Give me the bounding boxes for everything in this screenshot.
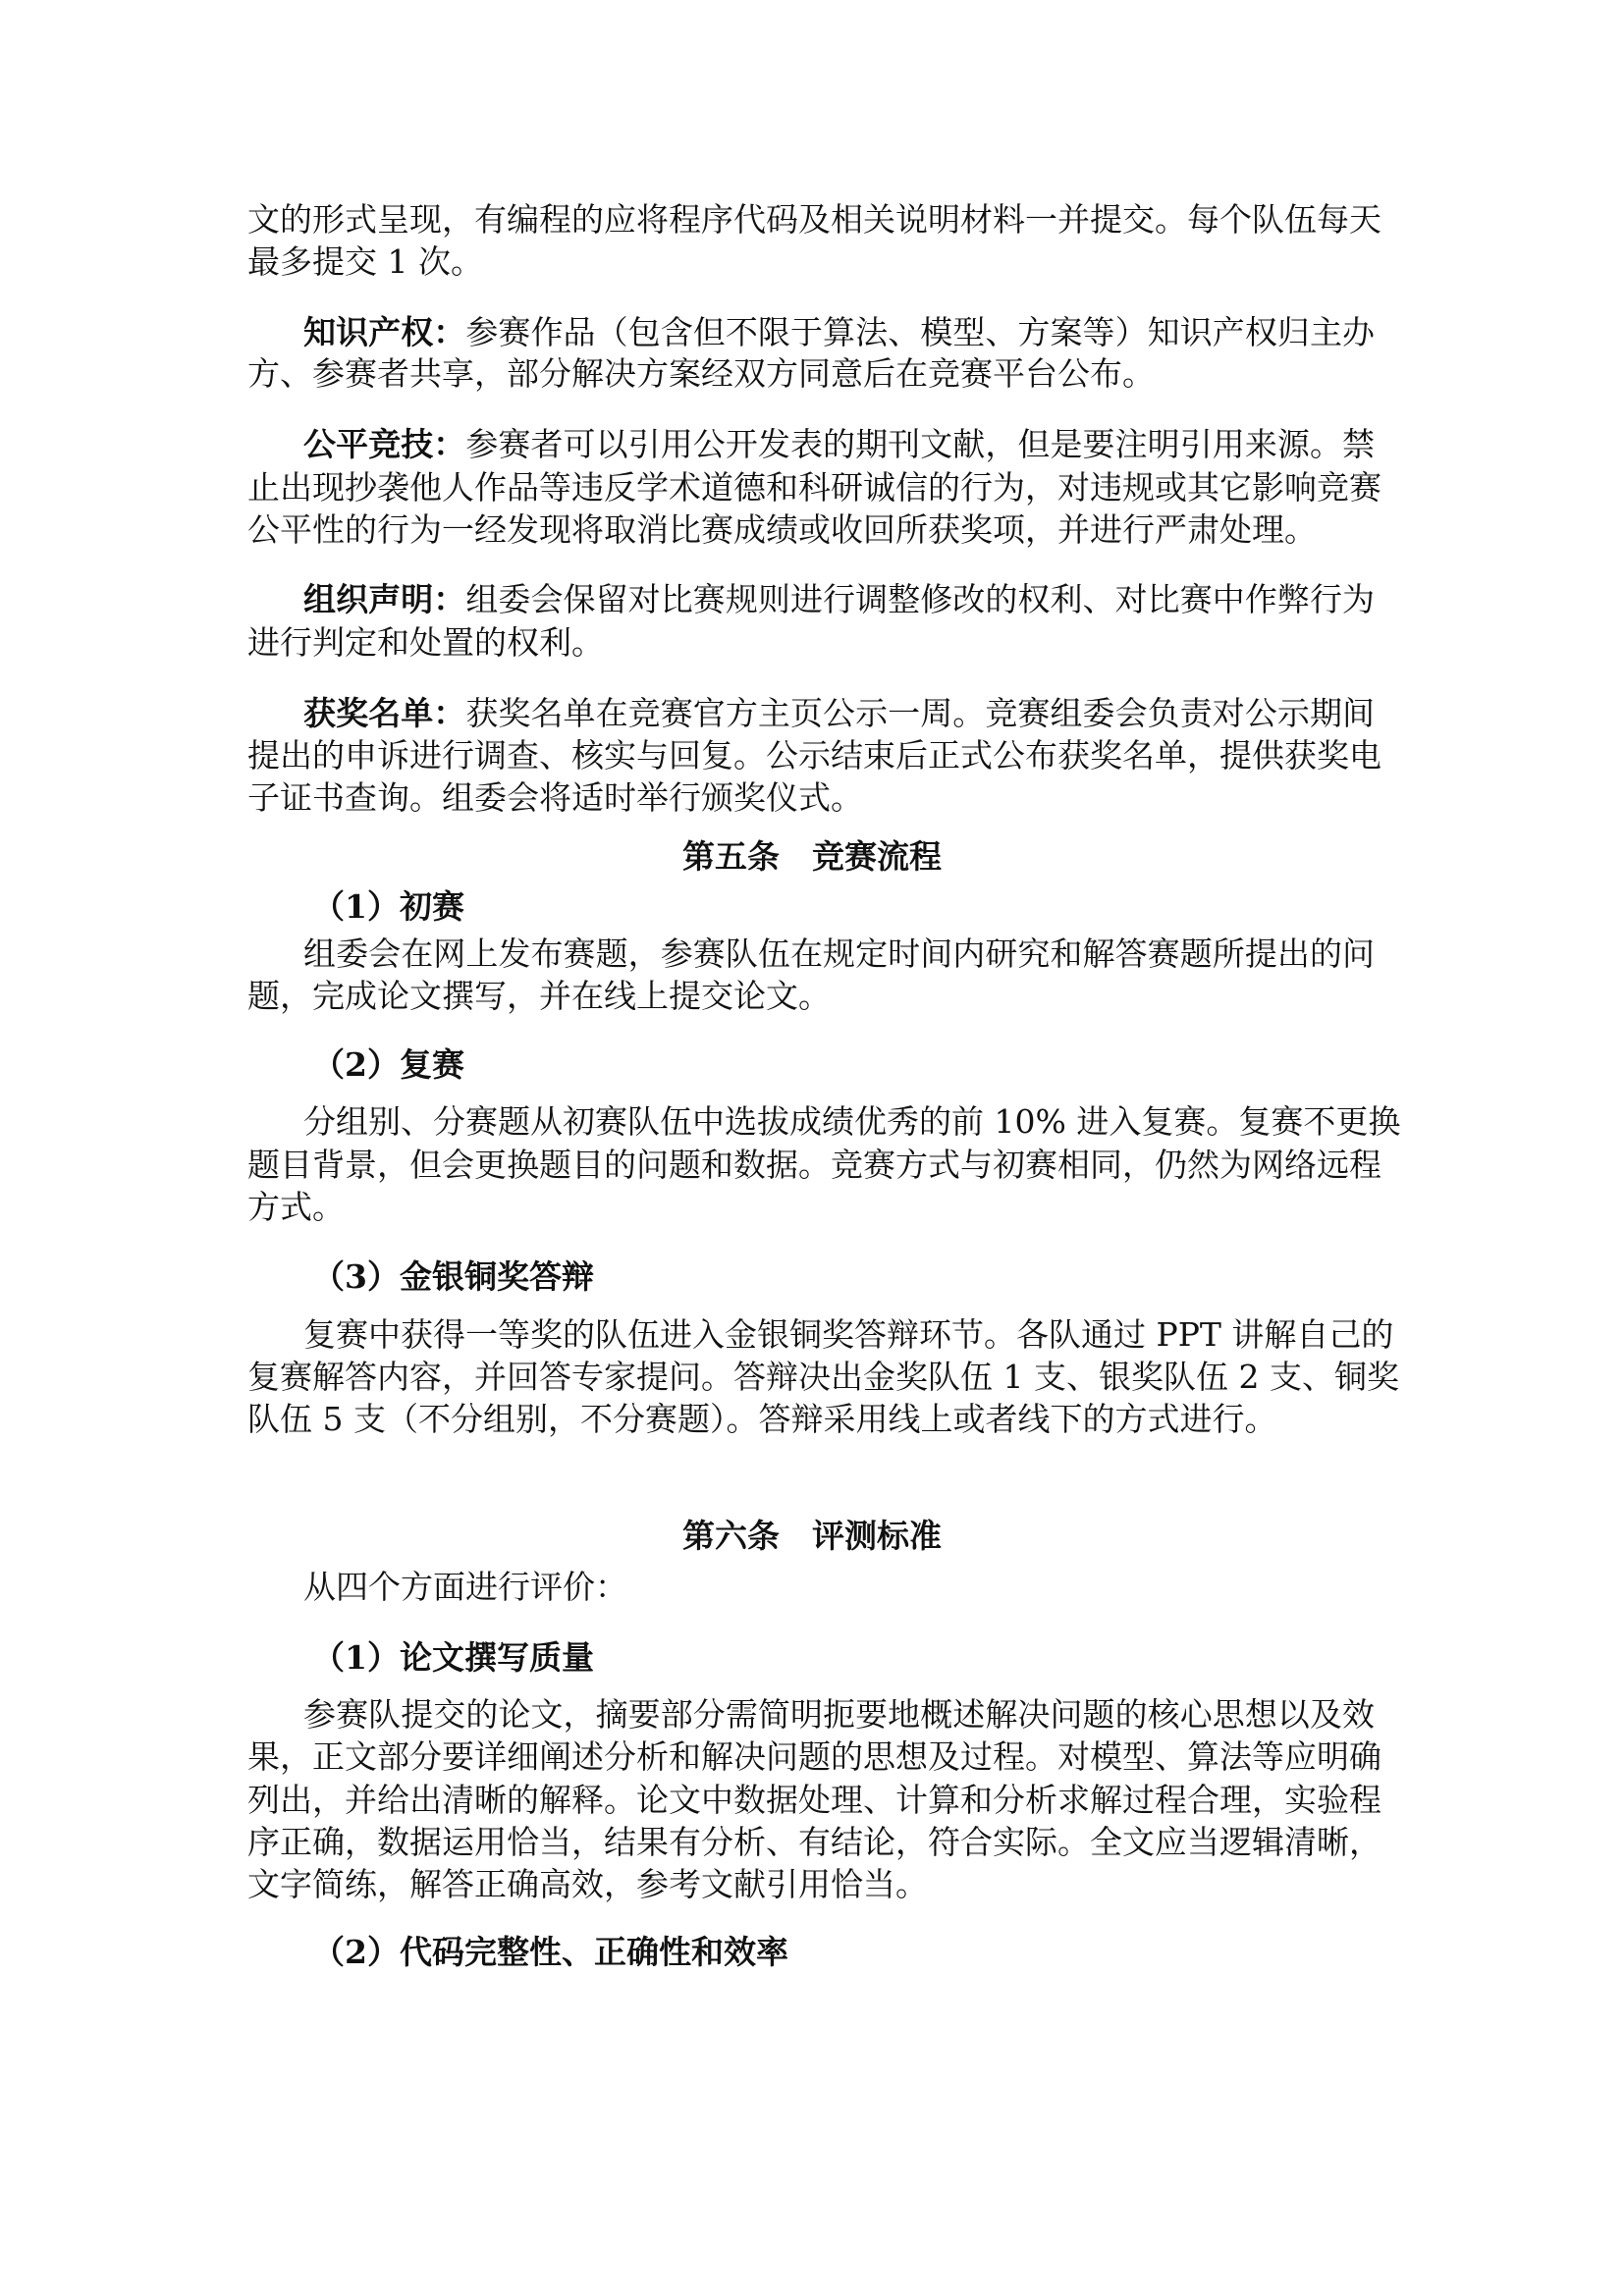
article-6-intro: 从四个方面进行评价： xyxy=(303,1566,1375,1609)
article-6-heading: 第六条 评测标准 xyxy=(0,1515,1624,1558)
paragraph-fair-label: 公平竞技： xyxy=(303,425,465,463)
paragraph-org-line-1: 组织声明：组委会保留对比赛规则进行调整修改的权利、对比赛中作弊行为 xyxy=(303,578,1375,621)
paragraph-awards-line-1: 获奖名单：获奖名单在竞赛官方主页公示一周。竞赛组委会负责对公示期间 xyxy=(303,692,1375,735)
section-paper-quality-line-3: 列出，并给出清晰的解释。论文中数据处理、计算和分析求解过程合理，实验程 xyxy=(247,1779,1375,1822)
paragraph-org-text-1: 组委会保留对比赛规则进行调整修改的权利、对比赛中作弊行为 xyxy=(465,580,1375,618)
document-page: 文的形式呈现，有编程的应将程序代码及相关说明材料一并提交。每个队伍每天 最多提交… xyxy=(0,0,1624,2296)
section-semifinal-line-2: 题目背景，但会更换题目的问题和数据。竞赛方式与初赛相同，仍然为网络远程 xyxy=(247,1144,1375,1187)
paragraph-awards-line-3: 子证书查询。组委会将适时举行颁奖仪式。 xyxy=(247,776,1375,820)
section-paper-quality-line-1: 参赛队提交的论文，摘要部分需简明扼要地概述解决问题的核心思想以及效 xyxy=(303,1693,1375,1736)
paragraph-submission-line-2: 最多提交 1 次。 xyxy=(247,240,1375,284)
section-semifinal-line-1: 分组别、分赛题从初赛队伍中选拔成绩优秀的前 10% 进入复赛。复赛不更换 xyxy=(303,1100,1375,1144)
paragraph-ip-line-1: 知识产权：参赛作品（包含但不限于算法、模型、方案等）知识产权归主办 xyxy=(303,311,1375,354)
section-preliminary-heading: （1）初赛 xyxy=(312,885,464,929)
section-defense-line-3: 队伍 5 支（不分组别，不分赛题）。答辩采用线上或者线下的方式进行。 xyxy=(247,1398,1375,1441)
section-semifinal-heading: （2）复赛 xyxy=(312,1043,464,1087)
paragraph-ip-label: 知识产权： xyxy=(303,313,465,351)
paragraph-ip-line-2: 方、参赛者共享，部分解决方案经双方同意后在竞赛平台公布。 xyxy=(247,352,1375,396)
section-defense-line-1: 复赛中获得一等奖的队伍进入金银铜奖答辩环节。各队通过 PPT 讲解自己的 xyxy=(303,1313,1375,1357)
section-defense-line-2: 复赛解答内容，并回答专家提问。答辩决出金奖队伍 1 支、银奖队伍 2 支、铜奖 xyxy=(247,1356,1375,1399)
paragraph-org-line-2: 进行判定和处置的权利。 xyxy=(247,621,1375,665)
paragraph-fair-line-1: 公平竞技：参赛者可以引用公开发表的期刊文献，但是要注明引用来源。禁 xyxy=(303,423,1375,466)
article-5-heading: 第五条 竞赛流程 xyxy=(0,835,1624,879)
paragraph-fair-text-1: 参赛者可以引用公开发表的期刊文献，但是要注明引用来源。禁 xyxy=(465,425,1375,463)
section-code-quality-heading: （2）代码完整性、正确性和效率 xyxy=(312,1931,788,1974)
section-paper-quality-line-2: 果，正文部分要详细阐述分析和解决问题的思想及过程。对模型、算法等应明确 xyxy=(247,1735,1375,1779)
paragraph-org-label: 组织声明： xyxy=(303,580,465,618)
section-paper-quality-line-4: 序正确，数据运用恰当，结果有分析、有结论，符合实际。全文应当逻辑清晰， xyxy=(247,1821,1375,1864)
paragraph-awards-line-2: 提出的申诉进行调查、核实与回复。公示结束后正式公布获奖名单，提供获奖电 xyxy=(247,734,1375,777)
paragraph-fair-line-3: 公平性的行为一经发现将取消比赛成绩或收回所获奖项，并进行严肃处理。 xyxy=(247,508,1375,552)
section-paper-quality-heading: （1）论文撰写质量 xyxy=(312,1636,594,1680)
paragraph-fair-line-2: 止出现抄袭他人作品等违反学术道德和科研诚信的行为，对违规或其它影响竞赛 xyxy=(247,466,1375,509)
paragraph-awards-label: 获奖名单： xyxy=(303,694,465,732)
section-defense-heading: （3）金银铜奖答辩 xyxy=(312,1255,594,1299)
paragraph-submission-line-1: 文的形式呈现，有编程的应将程序代码及相关说明材料一并提交。每个队伍每天 xyxy=(247,198,1375,241)
section-semifinal-line-3: 方式。 xyxy=(247,1186,1375,1229)
section-preliminary-line-1: 组委会在网上发布赛题，参赛队伍在规定时间内研究和解答赛题所提出的问 xyxy=(303,933,1375,976)
paragraph-awards-text-1: 获奖名单在竞赛官方主页公示一周。竞赛组委会负责对公示期间 xyxy=(465,694,1375,732)
paragraph-ip-text-1: 参赛作品（包含但不限于算法、模型、方案等）知识产权归主办 xyxy=(465,313,1375,351)
section-paper-quality-line-5: 文字简练，解答正确高效，参考文献引用恰当。 xyxy=(247,1863,1375,1906)
section-preliminary-line-2: 题，完成论文撰写，并在线上提交论文。 xyxy=(247,975,1375,1018)
